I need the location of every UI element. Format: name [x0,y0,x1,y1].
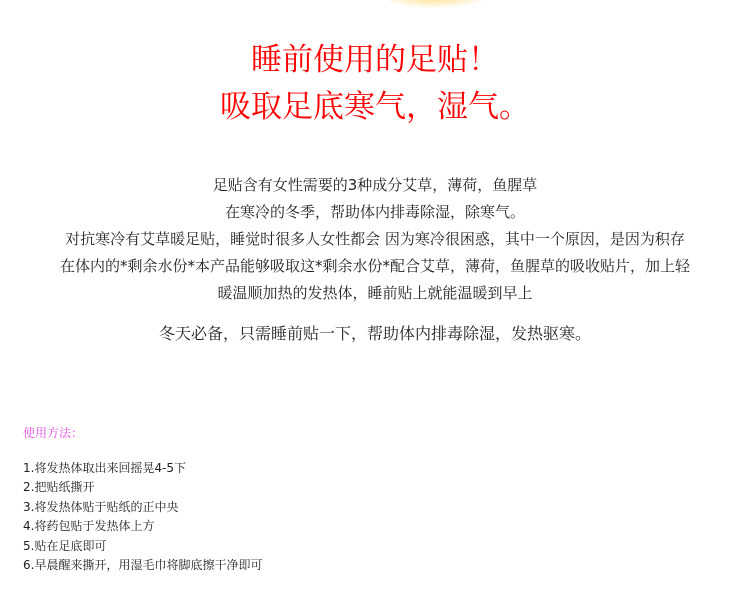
slogan: 冬天必备，只需睡前贴一下，帮助体内排毒除湿，发热驱寒。 [0,321,750,347]
description-line: 对抗寒冷有艾草暖足贴，睡觉时很多人女性都会 因为寒冷很困惑，其中一个原因，是因为… [0,226,750,253]
description-line: 暖温顺加热的发热体，睡前贴上就能温暖到早上 [0,280,750,307]
usage-steps: 1.将发热体取出来回摇晃4-5下 2.把贴纸撕开 3.将发热体贴于贴纸的正中央 … [23,459,262,575]
usage-step: 3.将发热体贴于贴纸的正中央 [23,498,262,517]
usage-step: 6.早晨醒来撕开，用湿毛巾将脚底擦干净即可 [23,556,262,575]
description-line: 足贴含有女性需要的3种成分艾草，薄荷，鱼腥草 [0,172,750,199]
headline-line-1: 睡前使用的足贴！ [0,37,750,83]
usage-title: 使用方法： [23,424,83,442]
usage-step: 5.贴在足底即可 [23,537,262,556]
product-image-fragment [380,0,490,8]
product-description: 足贴含有女性需要的3种成分艾草，薄荷，鱼腥草 在寒冷的冬季，帮助体内排毒除湿，除… [0,172,750,307]
usage-step: 4.将药包贴于发热体上方 [23,517,262,536]
usage-step: 1.将发热体取出来回摇晃4-5下 [23,459,262,478]
headline-line-2: 吸取足底寒气，湿气。 [0,84,750,130]
description-line: 在体内的*剩余水份*本产品能够吸取这*剩余水份*配合艾草，薄荷，鱼腥草的吸收贴片… [0,253,750,280]
description-line: 在寒冷的冬季，帮助体内排毒除湿，除寒气。 [0,199,750,226]
usage-step: 2.把贴纸撕开 [23,478,262,497]
